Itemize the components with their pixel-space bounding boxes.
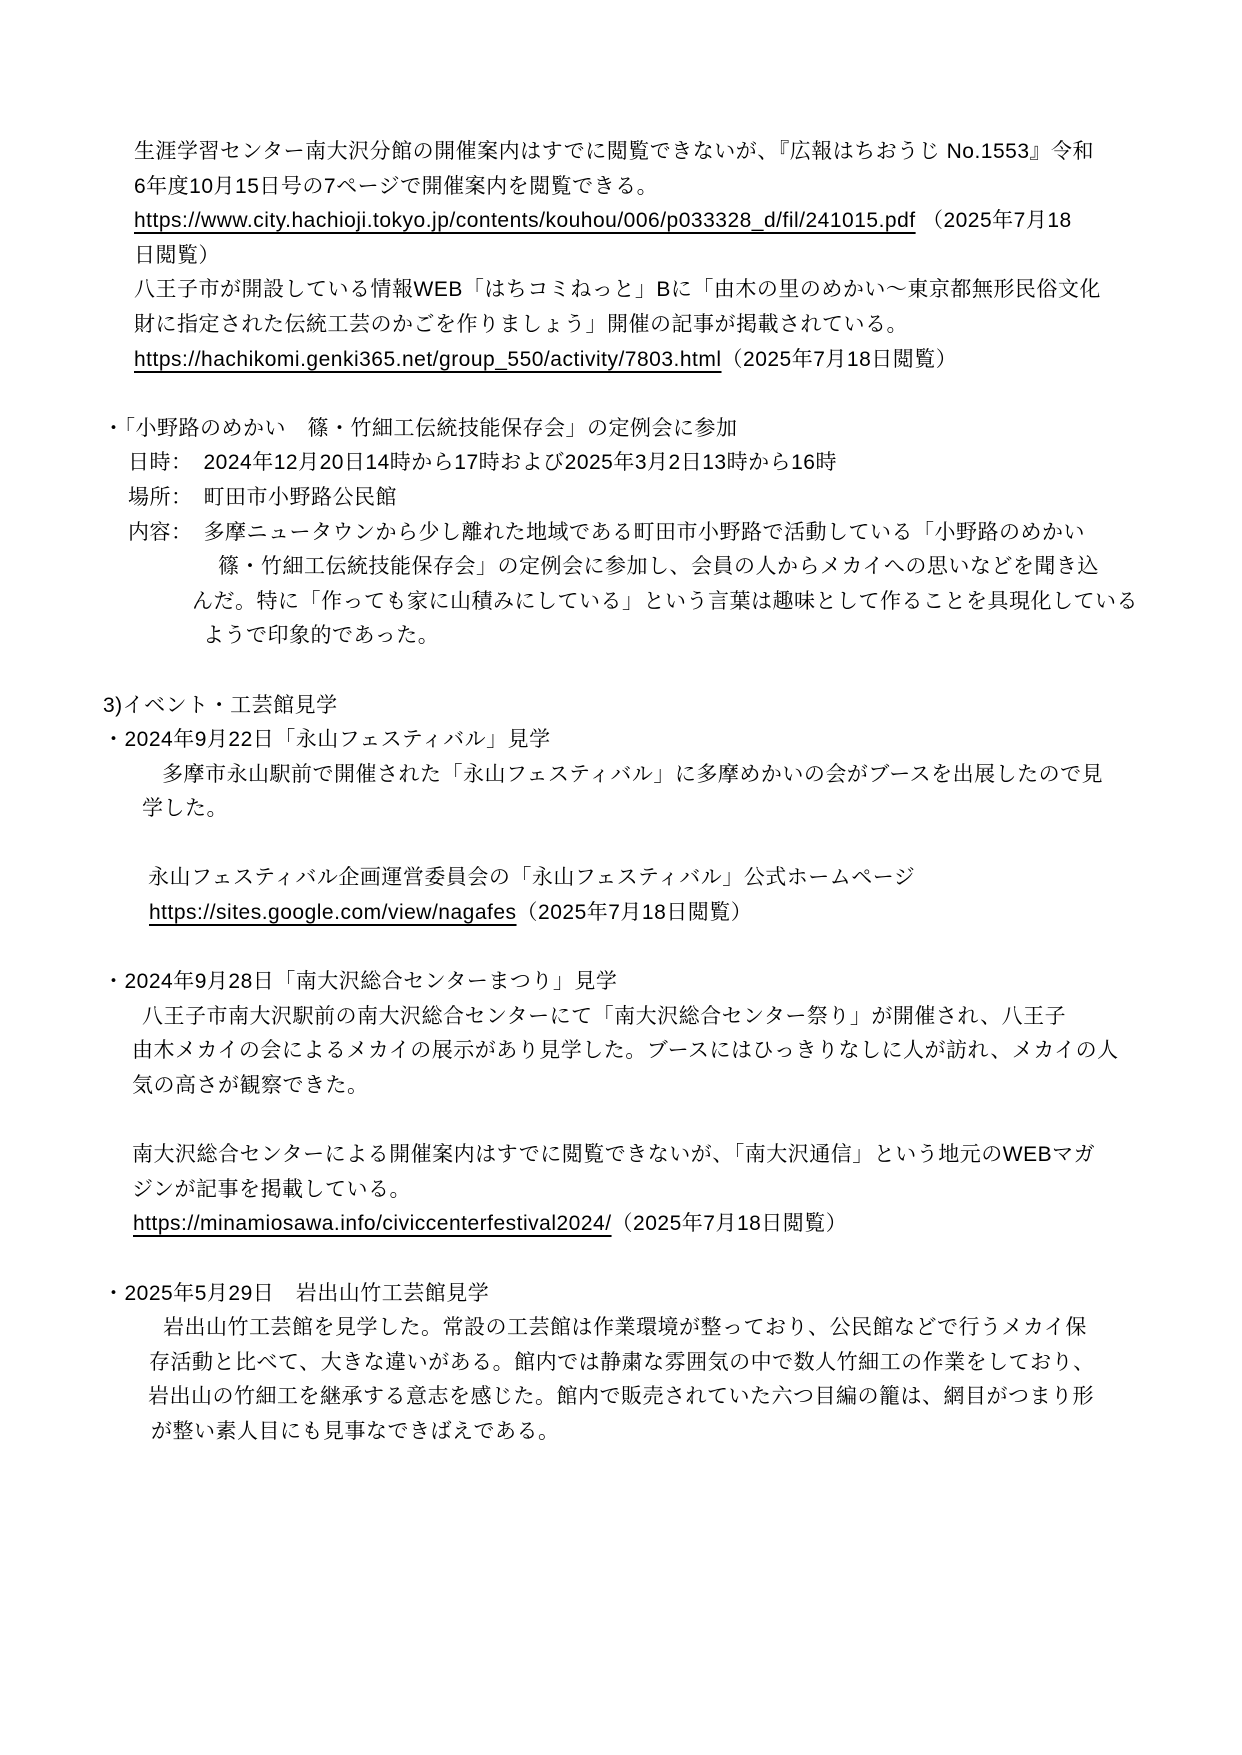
text-line: 3)イベント・工芸館見学 (0, 689, 1242, 724)
text-line: https://sites.google.com/view/nagafes（20… (0, 896, 1242, 931)
text-line: 生涯学習センター南大沢分館の開催案内はすでに閲覧できないが、『広報はちおうじ N… (0, 135, 1242, 170)
text-line: 南大沢総合センターによる開催案内はすでに閲覧できないが、「南大沢通信」という地元… (0, 1138, 1242, 1173)
text-line: 八王子市が開設している情報WEB「はちコミねっと」Bに「由木の里のめかい～東京都… (0, 273, 1242, 308)
text-line: ようで印象的であった。 (0, 619, 1242, 654)
text-line: 日時： 2024年12月20日14時から17時および2025年3月2日13時から… (0, 446, 1242, 481)
blank-line (0, 1104, 1242, 1139)
text-line: んだ。特に「作っても家に山積みにしている」という言葉は趣味として作ることを具現化… (0, 585, 1242, 620)
blank-line (0, 827, 1242, 862)
text-segment: んだ。特に「作っても家に山積みにしている」という言葉は趣味として作ることを具現化… (192, 590, 1138, 613)
hyperlink[interactable]: https://sites.google.com/view/nagafes (149, 901, 517, 924)
text-segment: 岩出山竹工芸館を見学した。常設の工芸館は作業環境が整っており、公民館などで行うメ… (163, 1316, 1087, 1339)
text-segment: 日時： 2024年12月20日14時から17時および2025年3月2日13時から… (128, 451, 837, 474)
text-line: 由木メカイの会によるメカイの展示があり見学した。ブースにはひっきりなしに人が訪れ… (0, 1034, 1242, 1069)
text-line: 存活動と比べて、大きな違いがある。館内では静粛な雰囲気の中で数人竹細工の作業をし… (0, 1346, 1242, 1381)
text-segment: 多摩市永山駅前で開催された「永山フェスティバル」に多摩めかいの会がブースを出展し… (162, 763, 1103, 786)
text-segment: （2025年7月18日閲覧） (612, 1212, 848, 1235)
hyperlink[interactable]: https://hachikomi.genki365.net/group_550… (134, 348, 722, 371)
text-segment: 由木メカイの会によるメカイの展示があり見学した。ブースにはひっきりなしに人が訪れ… (132, 1039, 1119, 1062)
hyperlink[interactable]: https://minamiosawa.info/civiccenterfest… (133, 1212, 612, 1235)
text-line: ・2024年9月22日「永山フェスティバル」見学 (0, 723, 1242, 758)
text-line: 6年度10月15日号の7ページで開催案内を閲覧できる。 (0, 170, 1242, 205)
text-segment: 篠・竹細工伝統技能保存会」の定例会に参加し、会員の人からメカイへの思いなどを聞き… (218, 555, 1099, 578)
text-segment: 気の高さが観察できた。 (132, 1074, 369, 1097)
text-line: https://hachikomi.genki365.net/group_550… (0, 343, 1242, 378)
text-segment: 存活動と比べて、大きな違いがある。館内では静粛な雰囲気の中で数人竹細工の作業をし… (149, 1351, 1095, 1374)
text-segment: が整い素人目にも見事なできばえである。 (151, 1420, 560, 1443)
text-line: 気の高さが観察できた。 (0, 1069, 1242, 1104)
text-line: 内容： 多摩ニュータウンから少し離れた地域である町田市小野路で活動している「小野… (0, 516, 1242, 551)
text-segment: （2025年7月18日閲覧） (722, 348, 958, 371)
text-segment: （2025年7月18 (916, 209, 1072, 232)
text-segment: ・2025年5月29日 岩出山竹工芸館見学 (103, 1282, 489, 1305)
document-body: 生涯学習センター南大沢分館の開催案内はすでに閲覧できないが、『広報はちおうじ N… (0, 135, 1242, 1450)
text-line: ・2025年5月29日 岩出山竹工芸館見学 (0, 1277, 1242, 1312)
text-line: 日閲覧） (0, 239, 1242, 274)
blank-line (0, 377, 1242, 412)
blank-line (0, 654, 1242, 689)
text-segment: ・2024年9月22日「永山フェスティバル」見学 (103, 728, 551, 751)
text-line: 永山フェスティバル企画運営委員会の「永山フェスティバル」公式ホームページ (0, 861, 1242, 896)
text-segment: 永山フェスティバル企画運営委員会の「永山フェスティバル」公式ホームページ (148, 866, 915, 889)
text-segment: 学した。 (142, 797, 228, 820)
text-segment: 財に指定された伝統工芸のかごを作りましょう」開催の記事が掲載されている。 (134, 313, 908, 336)
text-line: 岩出山の竹細工を継承する意志を感じた。館内で販売されていた六つ目編の籠は、網目が… (0, 1380, 1242, 1415)
text-line: 場所： 町田市小野路公民館 (0, 481, 1242, 516)
text-segment: 場所： 町田市小野路公民館 (128, 486, 397, 509)
text-segment: ・2024年9月28日「南大沢総合センターまつり」見学 (103, 970, 617, 993)
hyperlink[interactable]: https://www.city.hachioji.tokyo.jp/conte… (134, 209, 916, 232)
text-segment: 3)イベント・工芸館見学 (103, 694, 338, 717)
text-line: 学した。 (0, 792, 1242, 827)
text-segment: ジンが記事を掲載している。 (132, 1178, 411, 1201)
text-line: 岩出山竹工芸館を見学した。常設の工芸館は作業環境が整っており、公民館などで行うメ… (0, 1311, 1242, 1346)
text-segment: ようで印象的であった。 (203, 624, 439, 647)
text-line: https://www.city.hachioji.tokyo.jp/conte… (0, 204, 1242, 239)
text-segment: 八王子市が開設している情報WEB「はちコミねっと」Bに「由木の里のめかい～東京都… (134, 278, 1101, 301)
text-line: 財に指定された伝統工芸のかごを作りましょう」開催の記事が掲載されている。 (0, 308, 1242, 343)
text-line: 多摩市永山駅前で開催された「永山フェスティバル」に多摩めかいの会がブースを出展し… (0, 758, 1242, 793)
text-segment: （2025年7月18日閲覧） (517, 901, 753, 924)
text-segment: 6年度10月15日号の7ページで開催案内を閲覧できる。 (134, 175, 658, 198)
blank-line (0, 931, 1242, 966)
text-segment: 南大沢総合センターによる開催案内はすでに閲覧できないが、「南大沢通信」という地元… (132, 1143, 1095, 1166)
text-segment: 岩出山の竹細工を継承する意志を感じた。館内で販売されていた六つ目編の籠は、網目が… (148, 1385, 1094, 1408)
document-page: 生涯学習センター南大沢分館の開催案内はすでに閲覧できないが、『広報はちおうじ N… (0, 0, 1242, 1755)
text-segment: 生涯学習センター南大沢分館の開催案内はすでに閲覧できないが、『広報はちおうじ N… (134, 140, 1094, 163)
text-segment: 日閲覧） (134, 244, 220, 267)
text-line: https://minamiosawa.info/civiccenterfest… (0, 1207, 1242, 1242)
text-segment: 内容： 多摩ニュータウンから少し離れた地域である町田市小野路で活動している「小野… (128, 521, 1085, 544)
text-line: ・「小野路のめかい 篠・竹細工伝統技能保存会」の定例会に参加 (0, 412, 1242, 447)
text-line: ジンが記事を掲載している。 (0, 1173, 1242, 1208)
text-segment: 八王子市南大沢駅前の南大沢総合センターにて「南大沢総合センター祭り」が開催され、… (142, 1005, 1066, 1028)
text-segment: ・「小野路のめかい 篠・竹細工伝統技能保存会」の定例会に参加 (103, 417, 738, 440)
text-line: 篠・竹細工伝統技能保存会」の定例会に参加し、会員の人からメカイへの思いなどを聞き… (0, 550, 1242, 585)
text-line: 八王子市南大沢駅前の南大沢総合センターにて「南大沢総合センター祭り」が開催され、… (0, 1000, 1242, 1035)
text-line: が整い素人目にも見事なできばえである。 (0, 1415, 1242, 1450)
text-line: ・2024年9月28日「南大沢総合センターまつり」見学 (0, 965, 1242, 1000)
blank-line (0, 1242, 1242, 1277)
